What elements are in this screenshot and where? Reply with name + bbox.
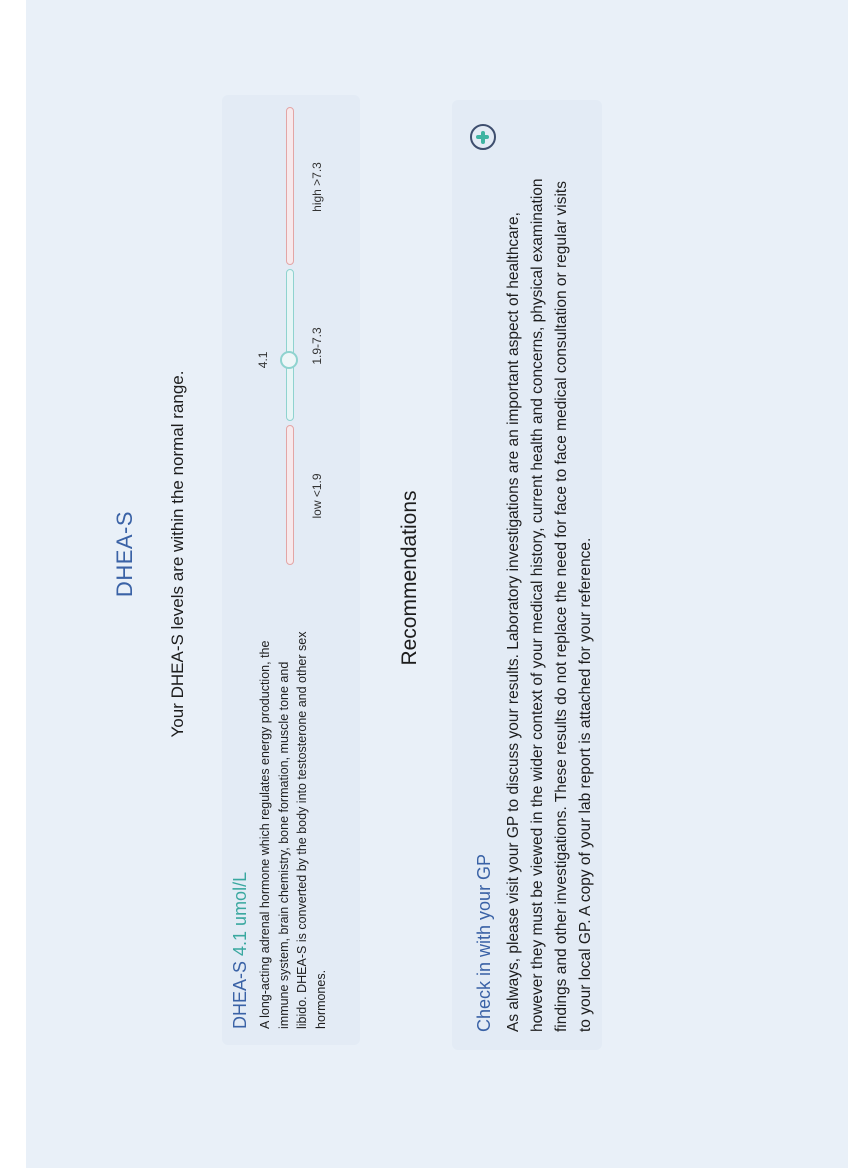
plus-circle-icon[interactable]	[470, 124, 496, 150]
recommendations-title: Recommendations	[398, 0, 422, 1162]
result-heading: DHEA-S 4.1 umol/L	[230, 872, 251, 1029]
result-summary: Your DHEA-S levels are within the normal…	[168, 0, 188, 1138]
value-marker-label: 4.1	[256, 352, 270, 369]
range-segment-low	[286, 425, 294, 565]
range-segment-normal	[286, 269, 294, 421]
range-label-normal: 1.9-7.3	[310, 327, 324, 364]
range-label-low: low <1.9	[310, 473, 324, 518]
rotated-document-page: DHEA-S Your DHEA-S levels are within the…	[0, 0, 848, 1168]
result-description: A long-acting adrenal hormone which regu…	[256, 629, 330, 1029]
recommendation-body: As always, please visit your GP to discu…	[502, 172, 598, 1032]
range-label-high: high >7.3	[310, 162, 324, 212]
recommendation-heading: Check in with your GP	[474, 854, 495, 1032]
value-marker	[280, 351, 298, 369]
range-indicator: 4.1 low <1.9 1.9-7.3 high >7.3	[242, 105, 342, 565]
scan-edge	[0, 0, 26, 1168]
range-segment-high	[286, 107, 294, 265]
recommendation-card: Check in with your GP As always, please …	[452, 100, 602, 1050]
page-title: DHEA-S	[112, 0, 138, 1138]
result-card: DHEA-S 4.1 umol/L A long-acting adrenal …	[222, 95, 360, 1045]
result-value: 4.1 umol/L	[230, 872, 250, 956]
result-name: DHEA-S	[230, 961, 250, 1029]
